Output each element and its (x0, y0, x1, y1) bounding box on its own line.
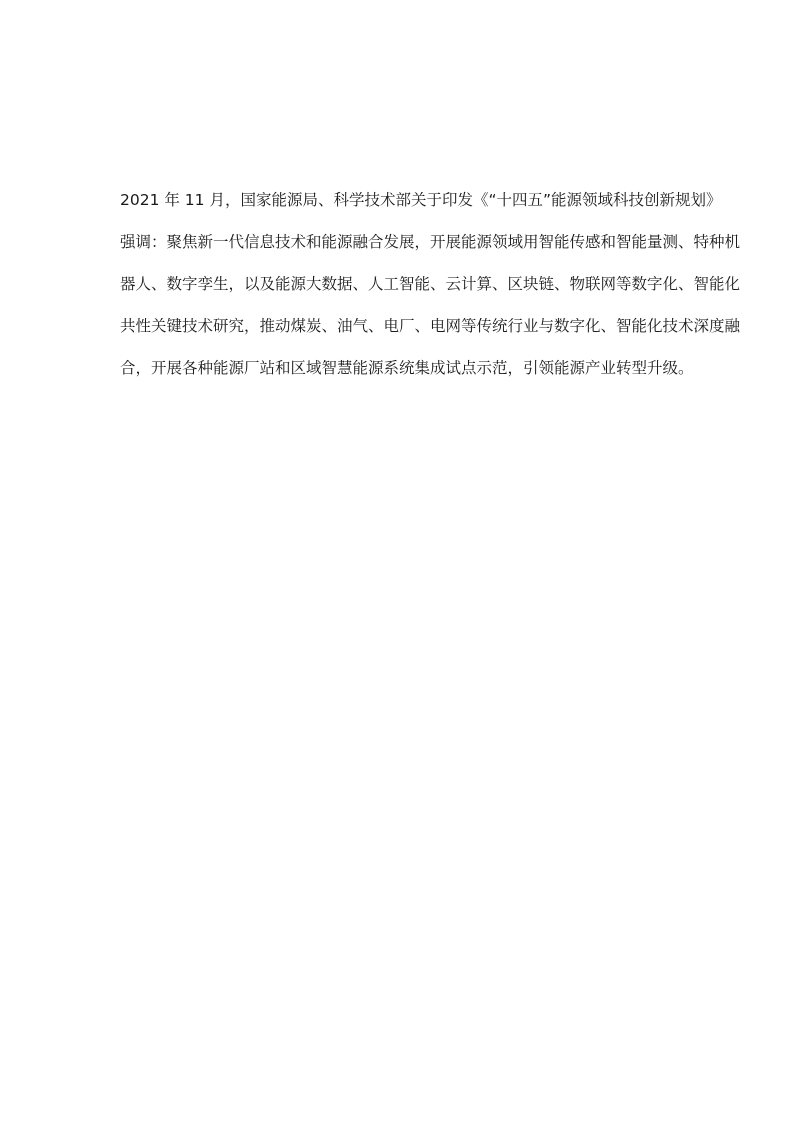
document-page: 2021 年 11 月，国家能源局、科学技术部关于印发《“十四五”能源领域科技创… (0, 0, 794, 1123)
paragraph-line: 共性关键技术研究，推动煤炭、油气、电厂、电网等传统行业与数字化、智能化技术深度融 (120, 314, 674, 356)
paragraph-line: 强调：聚焦新一代信息技术和能源融合发展，开展能源领域用智能传感和智能量测、特种机 (120, 230, 674, 272)
paragraph-line: 2021 年 11 月，国家能源局、科学技术部关于印发《“十四五”能源领域科技创… (120, 188, 674, 230)
body-paragraph: 2021 年 11 月，国家能源局、科学技术部关于印发《“十四五”能源领域科技创… (120, 188, 674, 398)
paragraph-line: 合，开展各种能源厂站和区域智慧能源系统集成试点示范，引领能源产业转型升级。 (120, 356, 674, 398)
paragraph-line: 器人、数字孪生，以及能源大数据、人工智能、云计算、区块链、物联网等数字化、智能化 (120, 272, 674, 314)
